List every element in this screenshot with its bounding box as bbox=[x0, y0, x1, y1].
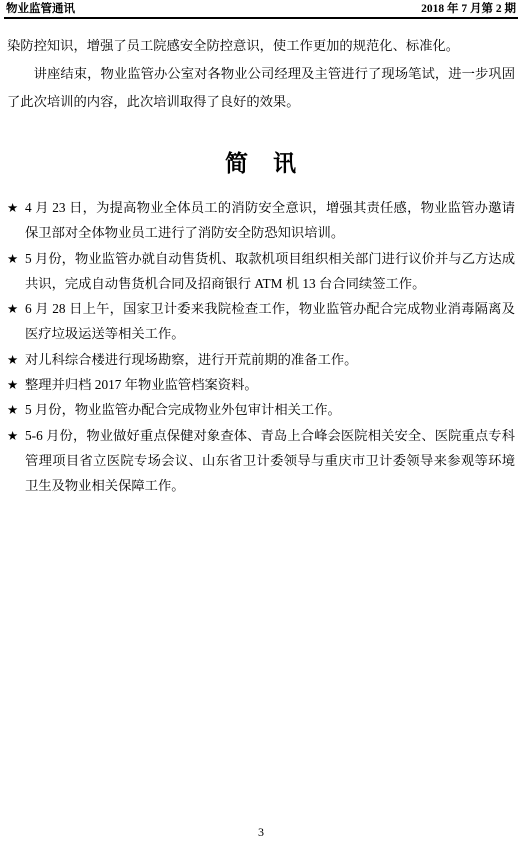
news-item-text: 整理并归档 2017 年物业监管档案资料。 bbox=[25, 372, 515, 397]
header-issue-date: 2018 年 7 月第 2 期 bbox=[421, 3, 516, 15]
news-item: ★ 对儿科综合楼进行现场勘察，进行开荒前期的准备工作。 bbox=[7, 347, 515, 372]
news-item: ★ 5 月份，物业监管办配合完成物业外包审计相关工作。 bbox=[7, 397, 515, 422]
star-bullet-icon: ★ bbox=[7, 372, 25, 397]
page-number: 3 bbox=[0, 825, 522, 839]
star-bullet-icon: ★ bbox=[7, 423, 25, 499]
header-title: 物业监管通讯 bbox=[6, 3, 75, 15]
star-bullet-icon: ★ bbox=[7, 347, 25, 372]
news-item-text: 5-6 月份，物业做好重点保健对象查体、青岛上合峰会医院相关安全、医院重点专科管… bbox=[25, 423, 515, 499]
news-item-text: 4 月 23 日，为提高物业全体员工的消防安全意识，增强其责任感，物业监管办邀请… bbox=[25, 195, 515, 246]
body-paragraph: 染防控知识，增强了员工院感安全防控意识，使工作更加的规范化、标准化。 bbox=[7, 32, 515, 60]
page-content: 染防控知识，增强了员工院感安全防控意识，使工作更加的规范化、标准化。 讲座结束，… bbox=[0, 32, 522, 499]
star-bullet-icon: ★ bbox=[7, 246, 25, 297]
news-item-text: 5 月份，物业监管办就自动售货机、取款机项目组织相关部门进行议价并与乙方达成共识… bbox=[25, 246, 515, 297]
section-title: 简 讯 bbox=[7, 149, 515, 179]
news-item-text: 对儿科综合楼进行现场勘察，进行开荒前期的准备工作。 bbox=[25, 347, 515, 372]
star-bullet-icon: ★ bbox=[7, 296, 25, 347]
star-bullet-icon: ★ bbox=[7, 195, 25, 246]
news-item: ★ 整理并归档 2017 年物业监管档案资料。 bbox=[7, 372, 515, 397]
news-item-text: 6 月 28 日上午，国家卫计委来我院检查工作，物业监管办配合完成物业消毒隔离及… bbox=[25, 296, 515, 347]
star-bullet-icon: ★ bbox=[7, 397, 25, 422]
document-page: 物业监管通讯 2018 年 7 月第 2 期 染防控知识，增强了员工院感安全防控… bbox=[0, 0, 522, 848]
news-item: ★ 4 月 23 日，为提高物业全体员工的消防安全意识，增强其责任感，物业监管办… bbox=[7, 195, 515, 246]
news-item: ★ 5-6 月份，物业做好重点保健对象查体、青岛上合峰会医院相关安全、医院重点专… bbox=[7, 423, 515, 499]
news-item: ★ 5 月份，物业监管办就自动售货机、取款机项目组织相关部门进行议价并与乙方达成… bbox=[7, 246, 515, 297]
news-item: ★ 6 月 28 日上午，国家卫计委来我院检查工作，物业监管办配合完成物业消毒隔… bbox=[7, 296, 515, 347]
page-header: 物业监管通讯 2018 年 7 月第 2 期 bbox=[4, 2, 518, 19]
news-list: ★ 4 月 23 日，为提高物业全体员工的消防安全意识，增强其责任感，物业监管办… bbox=[7, 195, 515, 499]
body-paragraph: 讲座结束，物业监管办公室对各物业公司经理及主管进行了现场笔试，进一步巩固了此次培… bbox=[7, 60, 515, 116]
news-item-text: 5 月份，物业监管办配合完成物业外包审计相关工作。 bbox=[25, 397, 515, 422]
